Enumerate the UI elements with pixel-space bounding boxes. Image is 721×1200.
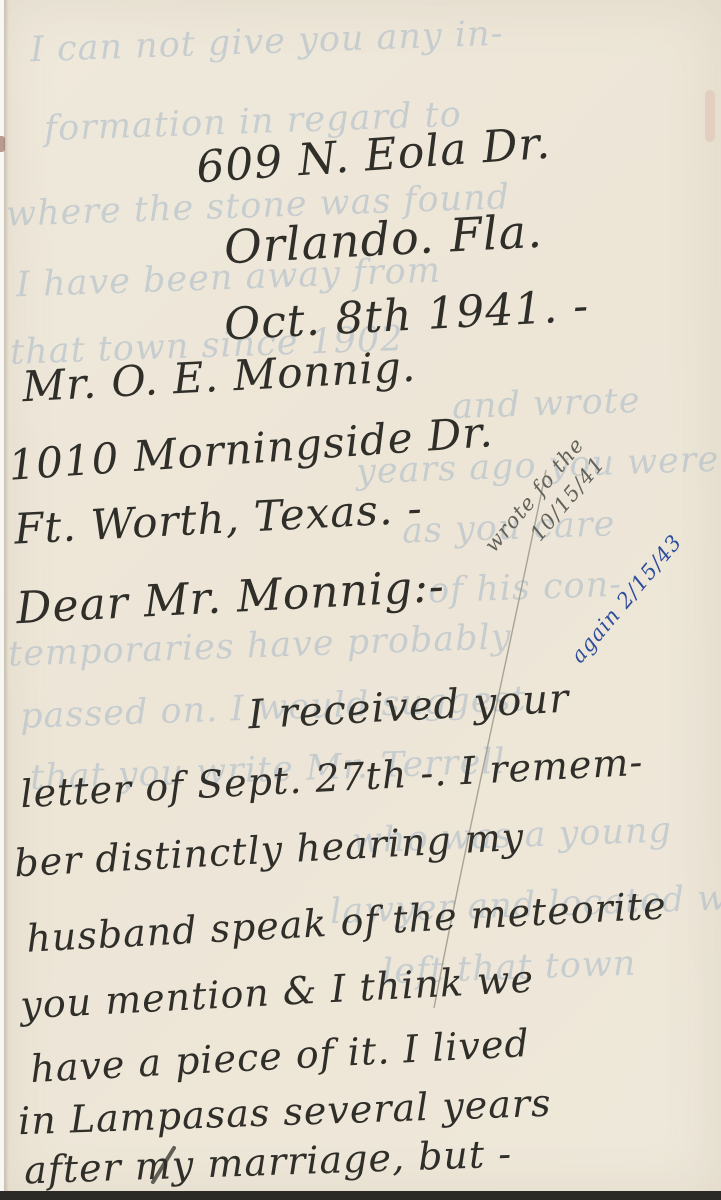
paper-smudge (705, 90, 715, 142)
bleed-through-line: I can not give you any in- (29, 14, 504, 71)
body-line: I received your (247, 676, 570, 739)
paper-edge-mark (0, 136, 5, 152)
body-line: after my marriage, but - (23, 1131, 512, 1192)
recipient-city-line: Ft. Worth, Texas. - (13, 483, 424, 553)
body-line: you mention & I think we (19, 957, 535, 1028)
body-line: ber distinctly hearing my (13, 815, 525, 886)
body-line: have a piece of it. I lived (29, 1021, 531, 1091)
scan-edge-left-shadow (4, 0, 9, 1200)
scan-edge-bottom (0, 1191, 721, 1200)
letter-page: I can not give you any in- formation in … (0, 0, 721, 1200)
